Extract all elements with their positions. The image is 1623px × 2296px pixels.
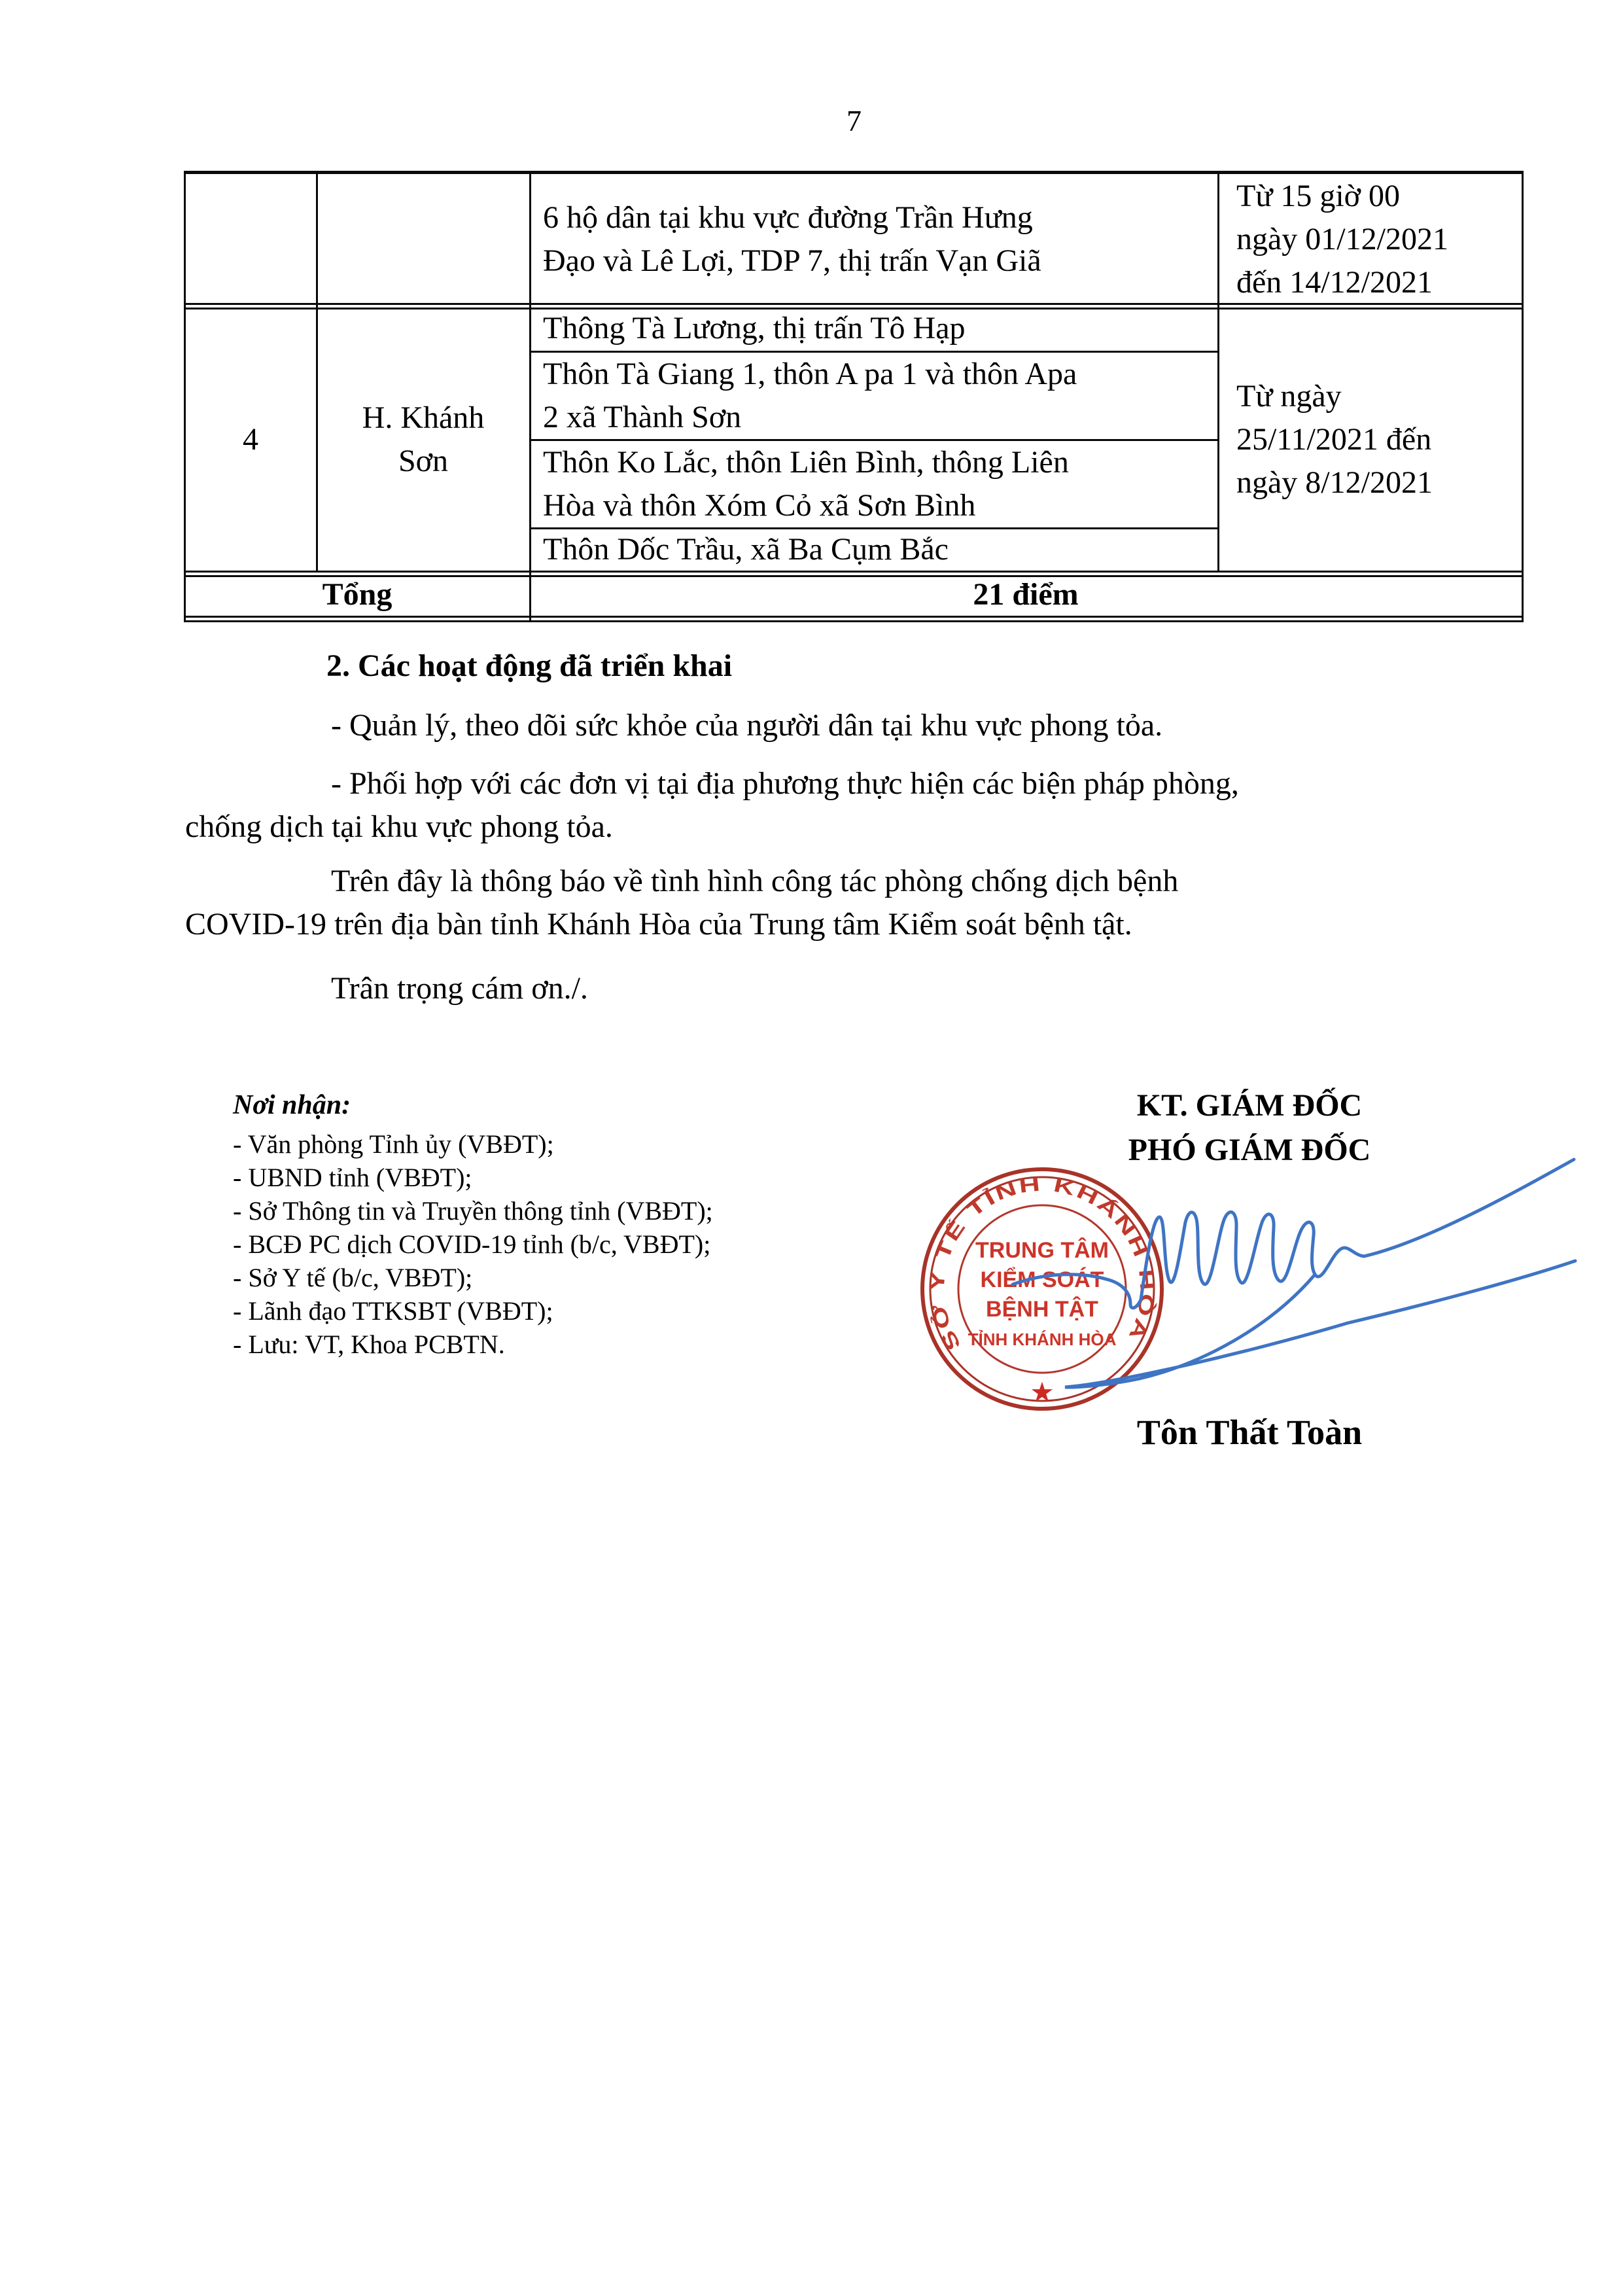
table-bottom-border [184,616,1524,622]
recipients-heading: Nơi nhận: [233,1089,351,1122]
recipient-item: - Sở Thông tin và Truyền thông tỉnh (VBĐ… [233,1195,713,1227]
section-heading: 2. Các hoạt động đã triển khai [326,645,732,687]
recipient-item: - UBND tỉnh (VBĐT); [233,1161,472,1194]
table-top-border [184,171,1524,174]
table-cell-period-row4: Từ ngày 25/11/2021 đến ngày 8/12/2021 [1236,309,1519,570]
table-col3-divider [1217,171,1219,573]
recipient-item: - Văn phòng Tỉnh ủy (VBĐT); [233,1128,554,1161]
closing-paragraph-line1: Trên đây là thông báo về tình hình công … [331,860,1178,902]
table-cell-location-2: Thôn Tà Giang 1, thôn A pa 1 và thôn Apa… [543,353,1210,438]
bullet-phoi-hop-line1: - Phối hợp với các đơn vị tại địa phương… [331,762,1239,805]
table-cell-location-continuation: 6 hộ dân tại khu vực đường Trần Hưng Đạo… [543,175,1210,303]
lockdown-table: 6 hộ dân tại khu vực đường Trần Hưng Đạo… [0,0,1623,628]
recipient-item: - BCĐ PC dịch COVID-19 tỉnh (b/c, VBĐT); [233,1228,710,1261]
recipient-item: - Sở Y tế (b/c, VBĐT); [233,1262,472,1294]
table-cell-district: H. Khánh Sơn [318,309,529,570]
document-page: 7 6 hộ dân tại khu vực đường Trần Hưng Đ… [0,0,1623,2296]
bullet-phoi-hop-line2: chống dịch tại khu vực phong tỏa. [185,805,613,848]
thanks-line: Trân trọng cám ơn./. [331,967,588,1010]
table-cell-row-index: 4 [186,309,315,570]
table-col2-divider [529,171,531,622]
signer-title-kt-giam-doc: KT. GIÁM ĐỐC [975,1087,1524,1123]
table-cell-location-4: Thôn Dốc Trầu, xã Ba Cụm Bắc [543,529,1210,570]
table-cell-location-1: Thông Tà Lương, thị trấn Tô Hạp [543,308,1210,349]
table-cell-location-3: Thôn Ko Lắc, thôn Liên Bình, thông Liên … [543,442,1210,526]
table-cell-period-continuation: Từ 15 giờ 00 ngày 01/12/2021 đến 14/12/2… [1236,175,1519,303]
table-right-border [1522,171,1524,622]
closing-paragraph-line2: COVID-19 trên địa bàn tỉnh Khánh Hòa của… [185,903,1132,945]
bullet-quan-ly: - Quản lý, theo dõi sức khỏe của người d… [331,704,1162,747]
table-cell-total-value: 21 điểm [531,575,1520,614]
table-cell-total-label: Tổng [186,575,529,614]
recipient-item: - Lãnh đạo TTKSBT (VBĐT); [233,1295,553,1328]
signature-stroke-tail [1065,1261,1575,1387]
handwritten-signature [994,1145,1616,1407]
recipient-item: - Lưu: VT, Khoa PCBTN. [233,1328,505,1361]
